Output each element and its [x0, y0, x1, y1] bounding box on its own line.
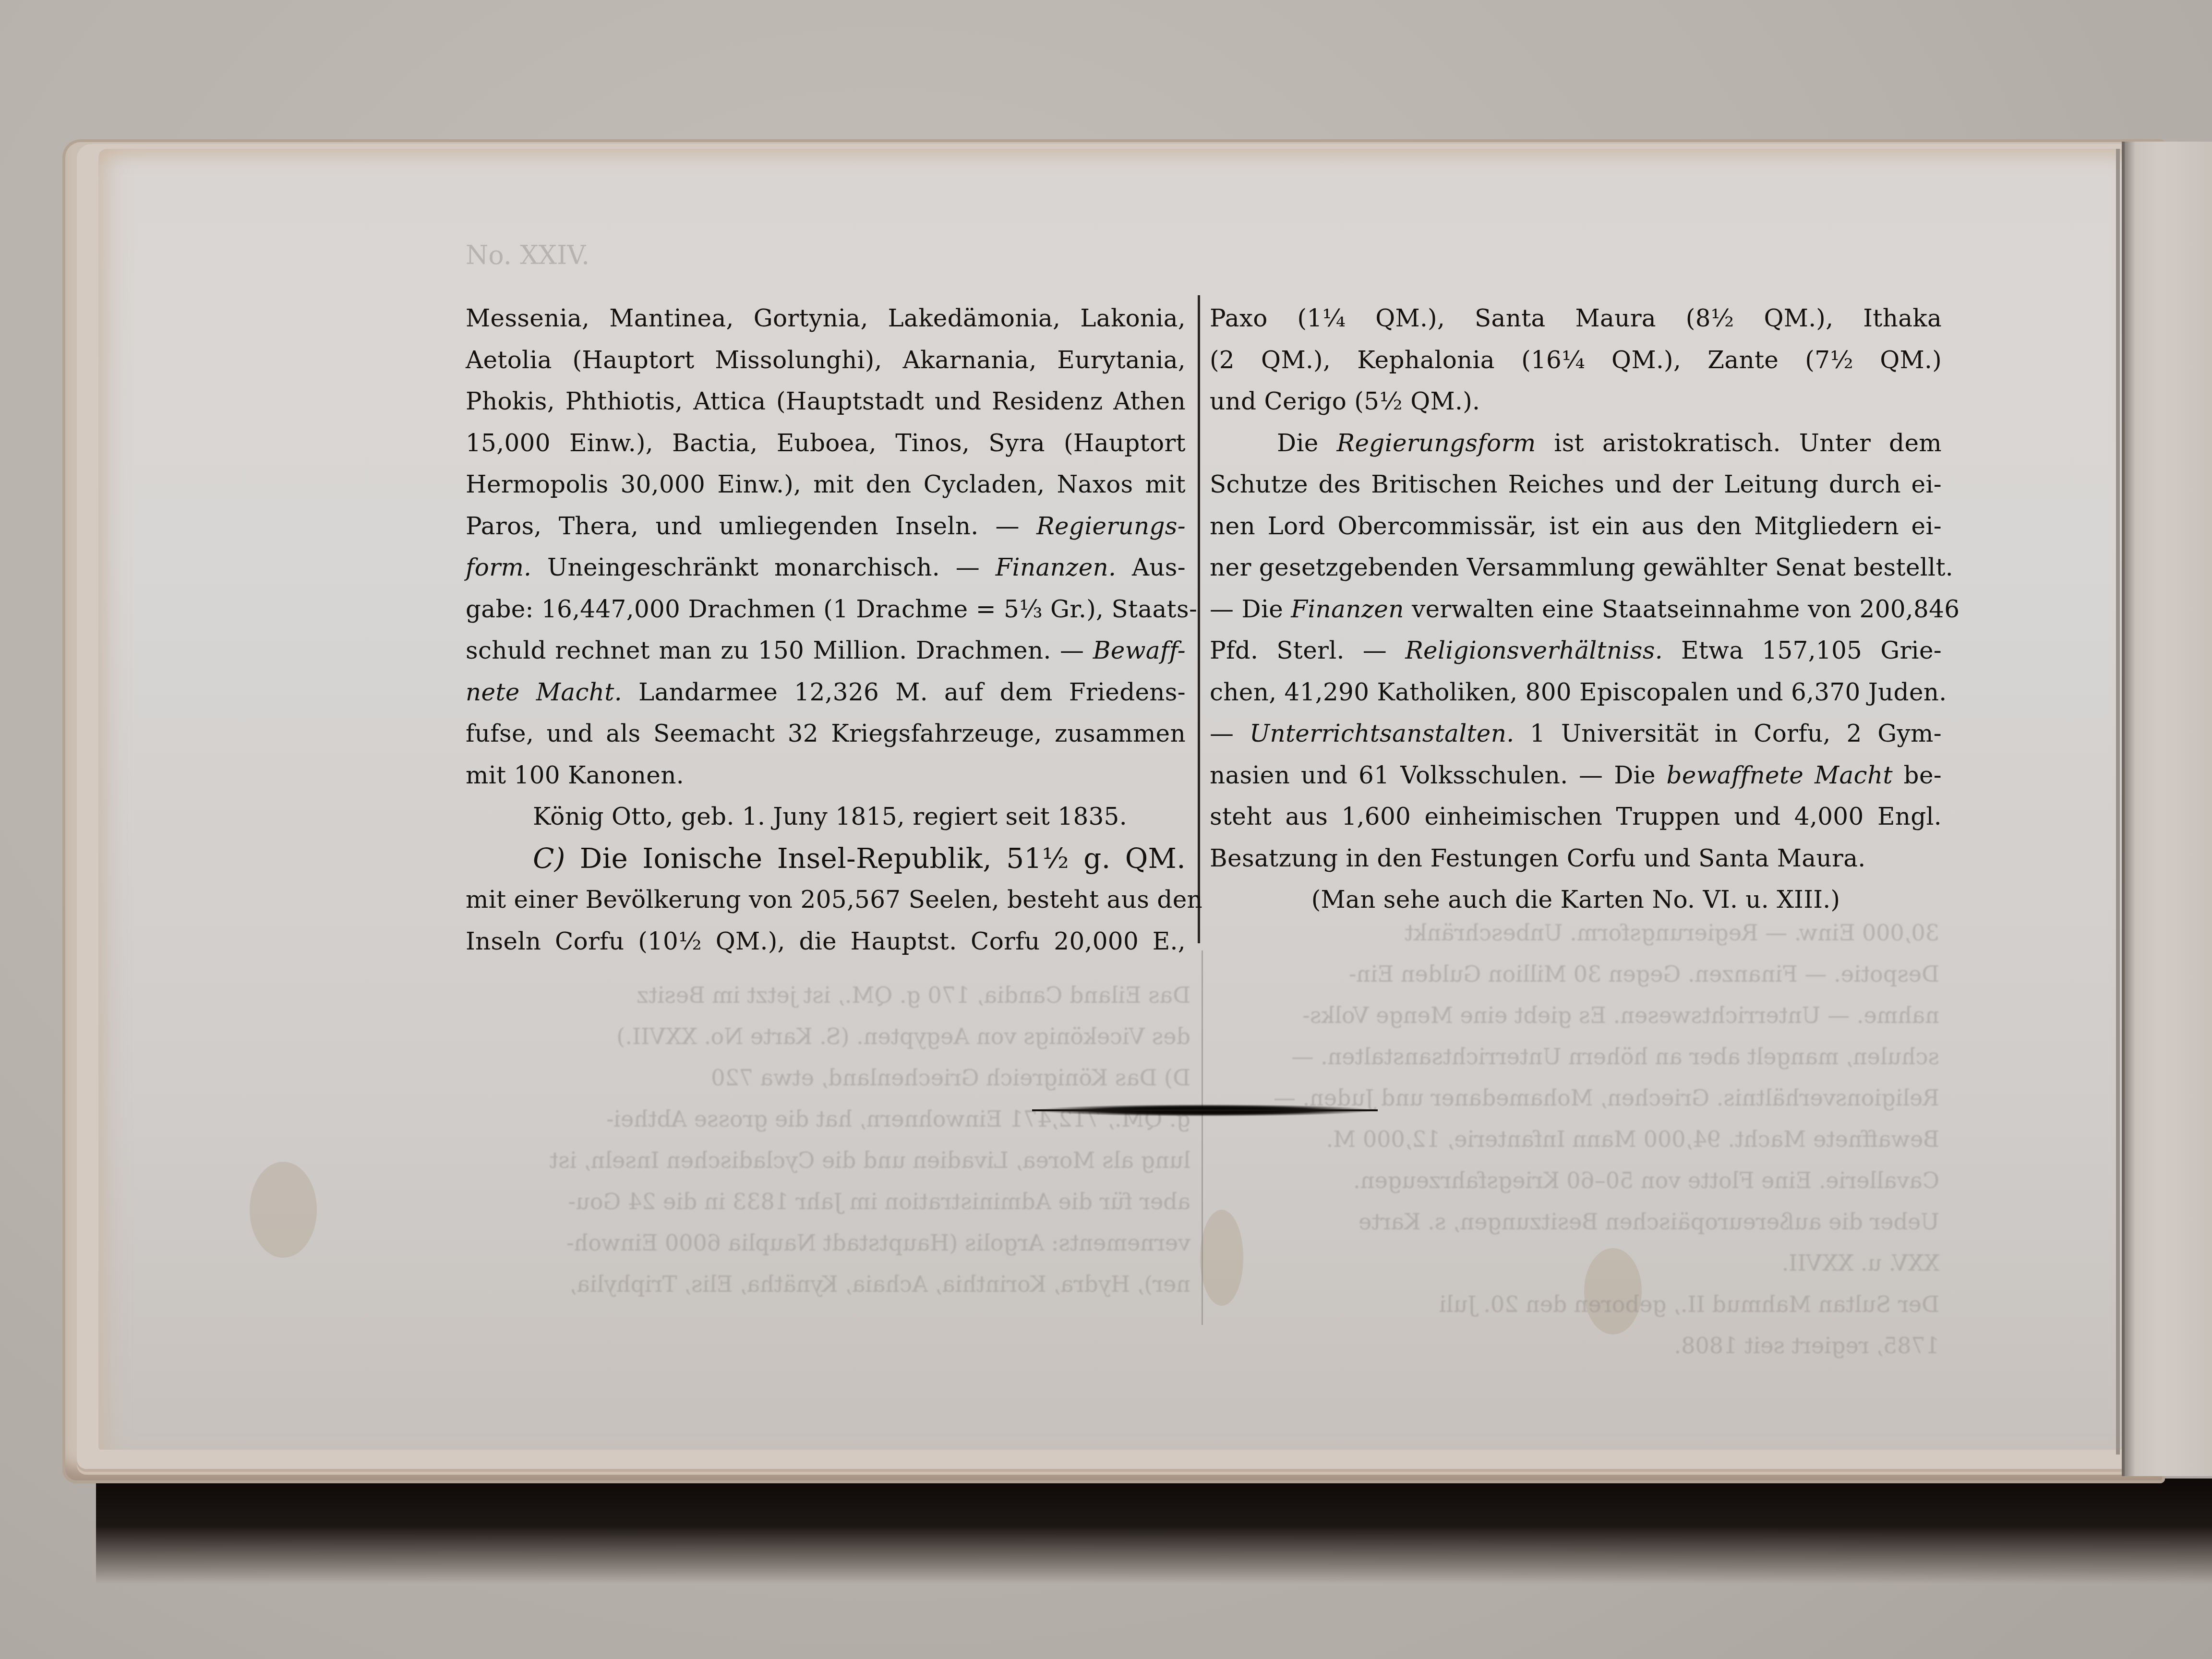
italic-term: Unterrichtsanstalten. — [1250, 720, 1514, 747]
text-run: Landarmee 12,326 M. auf dem Friedens- — [622, 678, 1186, 706]
text-line: Die Regierungsform ist aristokratisch. U… — [1210, 422, 1942, 464]
text-line: nete Macht. Landarmee 12,326 M. auf dem … — [466, 672, 1186, 713]
text-line: Aetolia (Hauptort Missolunghi), Akarnani… — [466, 339, 1186, 381]
rule-ornament-line — [1032, 1109, 1378, 1111]
text-line: Besatzung in den Festungen Corfu und San… — [1210, 838, 1942, 879]
text-line: mit einer Bevölkerung von 205,567 Seelen… — [466, 879, 1186, 921]
text-run: be- — [1893, 761, 1942, 789]
show-through-text-left: Das Eiland Candia, 170 g. QM., ist jetzt… — [461, 974, 1190, 1305]
italic-term: Regierungs- — [1036, 512, 1186, 540]
left-column: Messenia, Mantinea, Gortynia, Lakedämoni… — [466, 298, 1186, 962]
right-column: Paxo (1¼ QM.), Santa Maura (8½ QM.), Ith… — [1210, 298, 1942, 921]
text-line: und Cerigo (5½ QM.). — [1210, 381, 1942, 422]
section-area: 51½ g. QM. — [1006, 842, 1186, 875]
text-line: — Die Finanzen verwalten eine Staatseinn… — [1210, 589, 1942, 630]
italic-term: Religionsverhältniss. — [1405, 637, 1663, 664]
map-reference: (Man sehe auch die Karten No. VI. u. XII… — [1210, 879, 1942, 921]
text-line: nen Lord Obercommissär, ist ein aus den … — [1210, 505, 1942, 547]
text-run: 1 Universität in Corfu, 2 Gym- — [1514, 720, 1942, 747]
king-line: König Otto, geb. 1. Juny 1815, regiert s… — [466, 796, 1186, 838]
text-line: Schutze des Britischen Reiches und der L… — [1210, 464, 1942, 505]
text-line: schuld rechnet man zu 150 Million. Drach… — [466, 630, 1186, 672]
section-title: Die Ionische Insel-Republik, — [580, 842, 992, 875]
text-run: nasien und 61 Volksschulen. — Die — [1210, 761, 1667, 789]
text-run: schuld rechnet man zu 150 Million. Drach… — [466, 637, 1093, 664]
facing-page-edge — [2122, 142, 2212, 1476]
text-line: Inseln Corfu (10½ QM.), die Hauptst. Cor… — [466, 921, 1186, 962]
text-line: mit 100 Kanonen. — [466, 755, 1186, 796]
text-line: gabe: 16,447,000 Drachmen (1 Drachme = 5… — [466, 589, 1186, 630]
text-line: Hermopolis 30,000 Einw.), mit den Cyclad… — [466, 464, 1186, 505]
text-line: steht aus 1,600 einheimischen Truppen un… — [1210, 796, 1942, 838]
text-run: Pfd. Sterl. — — [1210, 637, 1405, 664]
column-divider — [1198, 295, 1200, 943]
show-through-header: No. XXIV. — [466, 240, 589, 270]
text-line: Messenia, Mantinea, Gortynia, Lakedämoni… — [466, 298, 1186, 339]
text-line: nasien und 61 Volksschulen. — Die bewaff… — [1210, 755, 1942, 796]
italic-term: Regierungsform — [1337, 429, 1536, 457]
text-line: ner gesetzgebenden Versammlung gewählter… — [1210, 547, 1942, 589]
text-line: chen, 41,290 Katholiken, 800 Episcopalen… — [1210, 672, 1942, 713]
text-run: — — [1210, 720, 1250, 747]
paper-stain — [250, 1162, 317, 1258]
text-run: Etwa 157,105 Grie- — [1663, 637, 1942, 664]
text-line: (2 QM.), Kephalonia (16¼ QM.), Zante (7½… — [1210, 339, 1942, 381]
text-run: verwalten eine Staatseinnahme von 200,84… — [1404, 595, 1960, 623]
italic-term: Finanzen — [1291, 595, 1404, 623]
text-line: form. Uneingeschränkt monarchisch. — Fin… — [466, 547, 1186, 589]
text-line: Paxo (1¼ QM.), Santa Maura (8½ QM.), Ith… — [1210, 298, 1942, 339]
page-gutter — [2116, 149, 2120, 1455]
text-run: Paros, Thera, und umliegenden Inseln. — — [466, 512, 1036, 540]
text-line: fufse, und als Seemacht 32 Kriegsfahrzeu… — [466, 713, 1186, 755]
text-line: 15,000 Einw.), Bactia, Euboea, Tinos, Sy… — [466, 422, 1186, 464]
text-run: ist aristokratisch. Unter dem — [1536, 429, 1942, 457]
italic-term: form. — [466, 553, 531, 581]
italic-term: Bewaff- — [1093, 637, 1186, 664]
text-line: — Unterrichtsanstalten. 1 Universität in… — [1210, 713, 1942, 755]
text-line: Pfd. Sterl. — Religionsverhältniss. Etwa… — [1210, 630, 1942, 672]
text-run: Die — [1277, 429, 1337, 457]
section-heading: C) Die Ionische Insel-Republik, 51½ g. Q… — [466, 838, 1186, 879]
book-shadow — [96, 1479, 2212, 1584]
italic-term: bewaffnete Macht — [1667, 761, 1893, 789]
column-divider-show-through — [1202, 950, 1203, 1325]
text-line: Paros, Thera, und umliegenden Inseln. — … — [466, 505, 1186, 547]
italic-term: nete Macht. — [466, 678, 622, 706]
text-run: Aus- — [1116, 553, 1186, 581]
text-line: Phokis, Phthiotis, Attica (Hauptstadt un… — [466, 381, 1186, 422]
italic-term: Finanzen. — [996, 553, 1117, 581]
show-through-text-right: 30,000 Einw. — Regierungsform. Unbeschrä… — [1219, 912, 1939, 1366]
text-run: — Die — [1210, 595, 1291, 623]
section-label: C) — [533, 842, 565, 875]
text-run: Uneingeschränkt monarchisch. — — [531, 553, 995, 581]
